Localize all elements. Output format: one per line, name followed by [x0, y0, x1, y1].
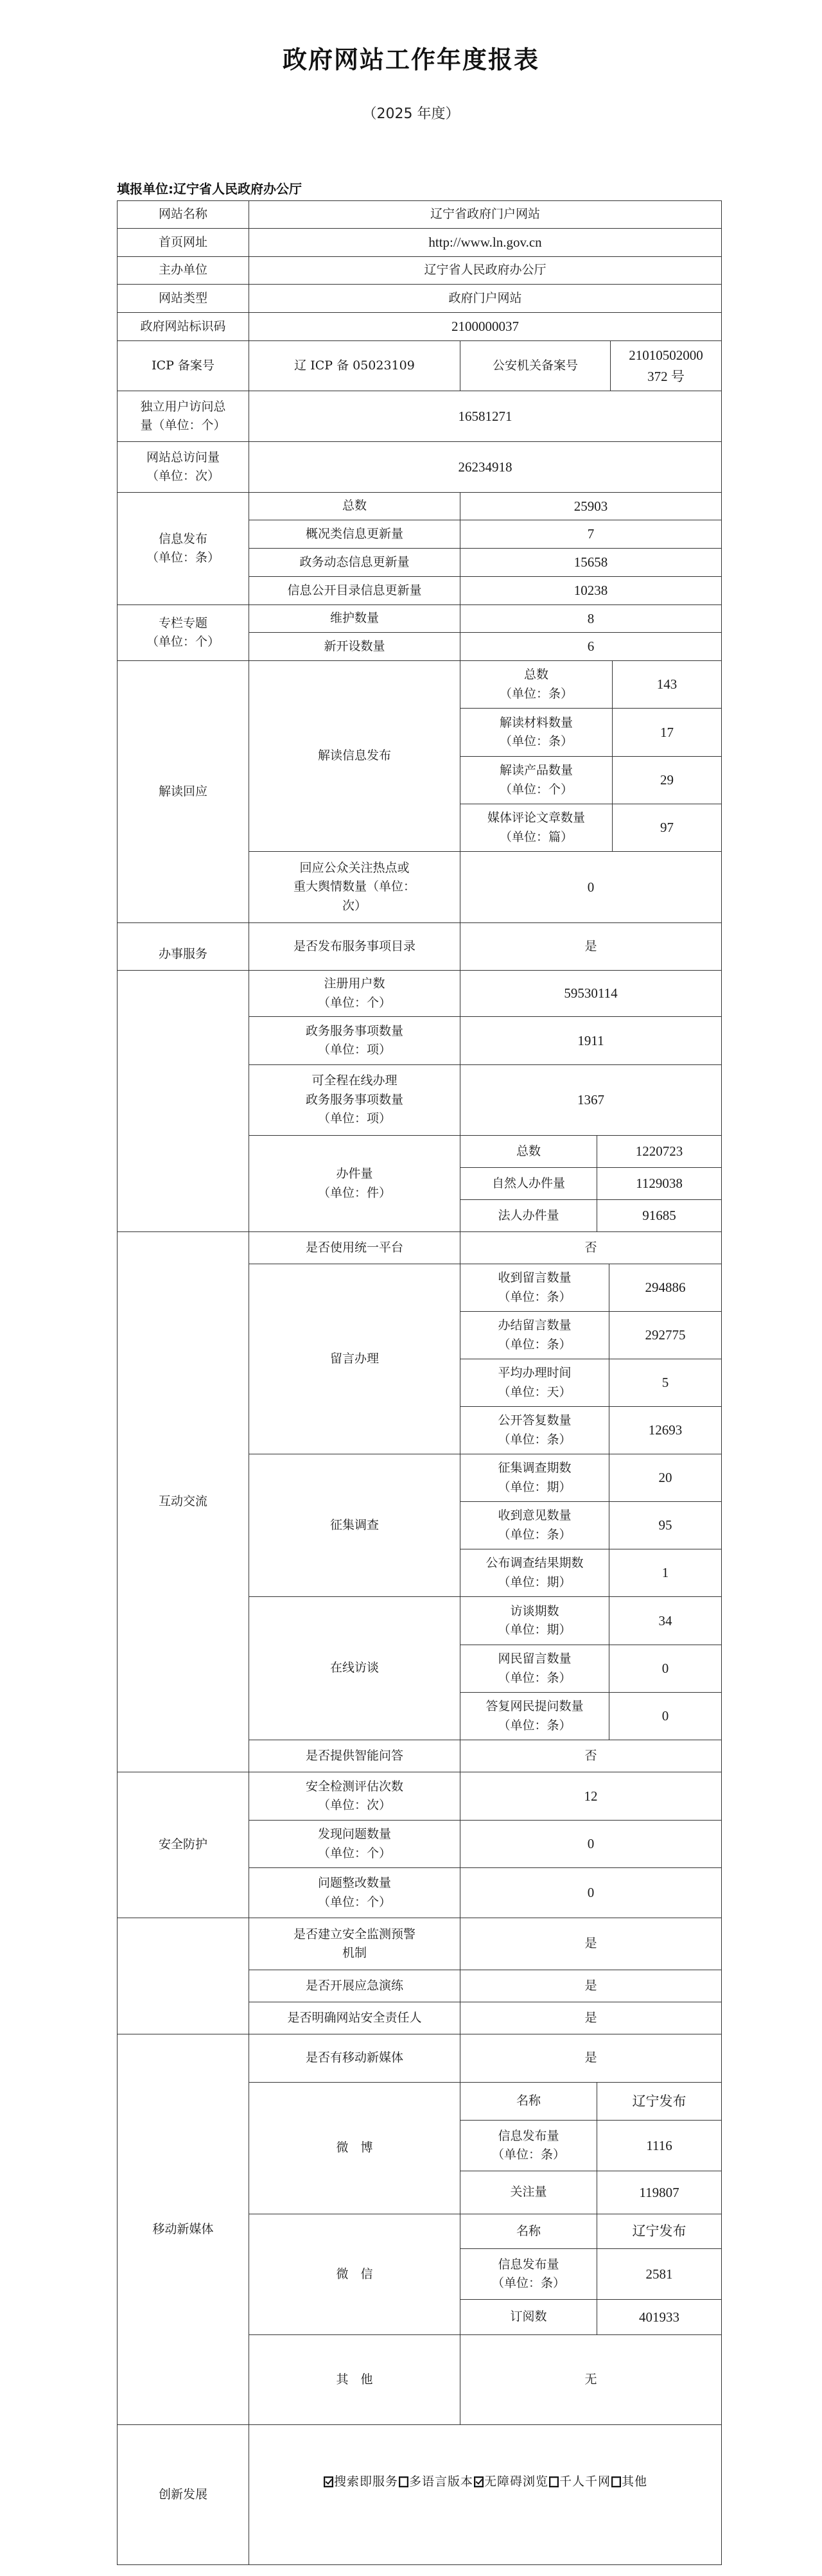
- messages-label: 留言办理: [249, 1264, 460, 1454]
- weibo-row-label: 信息发布量 （单位：条）: [460, 2120, 597, 2171]
- interpretation-row-value: 17: [612, 708, 722, 757]
- wechat-row-value: 辽宁发布: [597, 2214, 722, 2249]
- weibo-row-value: 1116: [597, 2120, 722, 2171]
- wechat-row-label: 名称: [460, 2214, 597, 2249]
- security-extra-label: 是否建立安全监测预警 机制: [249, 1918, 460, 1970]
- security-blank: [117, 1918, 249, 2034]
- cases-row-value: 1220723: [597, 1135, 722, 1168]
- security-row-label: 安全检测评估次数 （单位：次）: [249, 1772, 460, 1821]
- messages-row-value: 294886: [609, 1264, 722, 1312]
- security-row-label: 发现问题数量 （单位：个）: [249, 1820, 460, 1868]
- weibo-row-value: 119807: [597, 2171, 722, 2214]
- security-row-label: 问题整改数量 （单位：个）: [249, 1867, 460, 1918]
- cases-label: 办件量 （单位：件）: [249, 1135, 460, 1232]
- qa-label: 是否提供智能问答: [249, 1740, 460, 1772]
- interpretation-row-label: 媒体评论文章数量 （单位：篇）: [460, 804, 613, 852]
- messages-row-value: 292775: [609, 1311, 722, 1359]
- interpretation-row-label: 解读材料数量 （单位：条）: [460, 708, 613, 757]
- value-site-name: 辽宁省政府门户网站: [249, 200, 722, 229]
- value-police-record: 21010502000 372 号: [610, 340, 722, 391]
- interpretation-row-value: 143: [612, 660, 722, 709]
- interpretation-row-value: 97: [612, 804, 722, 852]
- section-innovation: 创新发展: [117, 2424, 249, 2565]
- messages-row-label: 办结留言数量 （单位：条）: [460, 1311, 609, 1359]
- security-extra-value: 是: [460, 1918, 722, 1970]
- wechat-label: 微 信: [249, 2214, 460, 2335]
- innovation-option-label: 多语言版本: [409, 2473, 473, 2491]
- wechat-row-value: 2581: [597, 2248, 722, 2300]
- survey-row-label: 收到意见数量 （单位：条）: [460, 1501, 609, 1549]
- value-page-views: 26234918: [249, 441, 722, 493]
- messages-row-label: 公开答复数量 （单位：条）: [460, 1406, 609, 1454]
- interpretation-row-value: 29: [612, 756, 722, 804]
- messages-row-label: 平均办理时间 （单位：天）: [460, 1359, 609, 1407]
- services-blank: [117, 970, 249, 1232]
- interview-row-label: 访谈期数 （单位：期）: [460, 1596, 609, 1645]
- info-publish-row-label: 概况类信息更新量: [249, 520, 460, 549]
- innovation-checkbox-row: 搜索即服务多语言版本无障碍浏览千人千网其他: [323, 2473, 647, 2491]
- survey-row-value: 20: [609, 1454, 722, 1502]
- qa-value: 否: [460, 1740, 722, 1772]
- label-page-views: 网站总访问量 （单位：次）: [117, 441, 249, 493]
- weibo-row-value: 辽宁发布: [597, 2082, 722, 2121]
- security-row-value: 0: [460, 1867, 722, 1918]
- section-services: 办事服务: [117, 922, 249, 971]
- survey-row-value: 1: [609, 1549, 722, 1597]
- label-site-code: 政府网站标识码: [117, 312, 249, 341]
- items-label: 政务服务事项数量 （单位：项）: [249, 1016, 460, 1065]
- innovation-option-label: 无障碍浏览: [484, 2473, 548, 2491]
- security-extra-label: 是否明确网站安全责任人: [249, 2002, 460, 2034]
- innovation-option-label: 搜索即服务: [334, 2473, 398, 2491]
- other-media-label: 其 他: [249, 2334, 460, 2425]
- value-unique-visitors: 16581271: [249, 391, 722, 442]
- registered-value: 59530114: [460, 970, 722, 1017]
- section-info-publish: 信息发布 （单位：条）: [117, 492, 249, 605]
- info-publish-row-value: 15658: [460, 548, 722, 577]
- security-row-value: 0: [460, 1820, 722, 1868]
- label-unique-visitors: 独立用户访问总 量（单位：个）: [117, 391, 249, 442]
- filler-unit: 填报单位:辽宁省人民政府办公厅: [117, 179, 302, 197]
- wechat-row-label: 信息发布量 （单位：条）: [460, 2248, 597, 2300]
- weibo-row-label: 名称: [460, 2082, 597, 2121]
- interview-row-value: 0: [609, 1692, 722, 1740]
- section-columns: 专栏专题 （单位：个）: [117, 604, 249, 661]
- section-interaction: 互动交流: [117, 1231, 249, 1772]
- weibo-label: 微 博: [249, 2082, 460, 2214]
- wechat-row-value: 401933: [597, 2299, 722, 2335]
- info-publish-row-label: 信息公开目录信息更新量: [249, 576, 460, 605]
- platform-label: 是否使用统一平台: [249, 1231, 460, 1264]
- value-icp: 辽 ICP 备 05023109: [249, 340, 460, 391]
- checkbox-icon[interactable]: [549, 2476, 559, 2487]
- catalog-value: 是: [460, 922, 722, 971]
- interview-row-value: 34: [609, 1596, 722, 1645]
- label-icp: ICP 备案号: [117, 340, 249, 391]
- interview-row-label: 网民留言数量 （单位：条）: [460, 1645, 609, 1693]
- survey-row-value: 95: [609, 1501, 722, 1549]
- survey-row-label: 征集调查期数 （单位：期）: [460, 1454, 609, 1502]
- section-media: 移动新媒体: [117, 2034, 249, 2425]
- interpretation-row-label: 总数 （单位：条）: [460, 660, 613, 709]
- label-homepage: 首页网址: [117, 228, 249, 257]
- online-value: 1367: [460, 1064, 722, 1136]
- interpretation-row-label: 解读产品数量 （单位：个）: [460, 756, 613, 804]
- checkbox-icon[interactable]: [611, 2476, 621, 2487]
- checkbox-icon[interactable]: [474, 2476, 484, 2487]
- other-media-value: 无: [460, 2334, 722, 2425]
- cases-row-label: 法人办件量: [460, 1199, 597, 1232]
- survey-row-label: 公布调查结果期数 （单位：期）: [460, 1549, 609, 1597]
- messages-row-value: 5: [609, 1359, 722, 1407]
- interpretation-publish-label: 解读信息发布: [249, 660, 460, 852]
- security-extra-label: 是否开展应急演练: [249, 1970, 460, 2002]
- columns-row-label: 维护数量: [249, 604, 460, 633]
- value-homepage: http://www.ln.gov.cn: [249, 228, 722, 257]
- cases-row-value: 91685: [597, 1199, 722, 1232]
- columns-row-value: 6: [460, 632, 722, 661]
- response-label: 回应公众关注热点或 重大舆情数量（单位： 次）: [249, 851, 460, 923]
- has-media-label: 是否有移动新媒体: [249, 2034, 460, 2083]
- messages-row-label: 收到留言数量 （单位：条）: [460, 1264, 609, 1312]
- has-media-value: 是: [460, 2034, 722, 2083]
- columns-row-value: 8: [460, 604, 722, 633]
- innovation-option-label: 千人千网: [559, 2473, 611, 2491]
- online-label: 可全程在线办理 政务服务事项数量 （单位：项）: [249, 1064, 460, 1136]
- platform-value: 否: [460, 1231, 722, 1264]
- response-value: 0: [460, 851, 722, 923]
- catalog-label: 是否发布服务事项目录: [249, 922, 460, 971]
- security-row-value: 12: [460, 1772, 722, 1821]
- interview-row-label: 答复网民提问数量 （单位：条）: [460, 1692, 609, 1740]
- cases-row-label: 总数: [460, 1135, 597, 1168]
- weibo-row-label: 关注量: [460, 2171, 597, 2214]
- cases-row-label: 自然人办件量: [460, 1167, 597, 1200]
- cases-row-value: 1129038: [597, 1167, 722, 1200]
- checkbox-icon[interactable]: [324, 2476, 333, 2487]
- security-extra-value: 是: [460, 2002, 722, 2034]
- info-publish-row-label: 政务动态信息更新量: [249, 548, 460, 577]
- label-site-type: 网站类型: [117, 284, 249, 313]
- value-site-type: 政府门户网站: [249, 284, 722, 313]
- messages-row-value: 12693: [609, 1406, 722, 1454]
- innovation-option-label: 其他: [622, 2473, 647, 2491]
- label-police-record: 公安机关备案号: [460, 340, 611, 391]
- value-site-code: 2100000037: [249, 312, 722, 341]
- label-sponsor: 主办单位: [117, 256, 249, 285]
- section-security: 安全防护: [117, 1772, 249, 1918]
- info-publish-row-value: 7: [460, 520, 722, 549]
- innovation-options: 搜索即服务多语言版本无障碍浏览千人千网其他: [249, 2424, 722, 2565]
- value-sponsor: 辽宁省人民政府办公厅: [249, 256, 722, 285]
- survey-label: 征集调查: [249, 1454, 460, 1597]
- report-year: （2025 年度）: [0, 103, 822, 123]
- info-publish-row-value: 10238: [460, 576, 722, 605]
- interview-label: 在线访谈: [249, 1596, 460, 1740]
- columns-row-label: 新开设数量: [249, 632, 460, 661]
- label-site-name: 网站名称: [117, 200, 249, 229]
- section-interpretation: 解读回应: [117, 660, 249, 923]
- checkbox-icon[interactable]: [399, 2476, 408, 2487]
- info-publish-row-value: 25903: [460, 492, 722, 520]
- security-extra-value: 是: [460, 1970, 722, 2002]
- items-value: 1911: [460, 1016, 722, 1065]
- info-publish-row-label: 总数: [249, 492, 460, 520]
- report-title: 政府网站工作年度报表: [0, 40, 822, 75]
- registered-label: 注册用户数 （单位：个）: [249, 970, 460, 1017]
- wechat-row-label: 订阅数: [460, 2299, 597, 2335]
- interview-row-value: 0: [609, 1645, 722, 1693]
